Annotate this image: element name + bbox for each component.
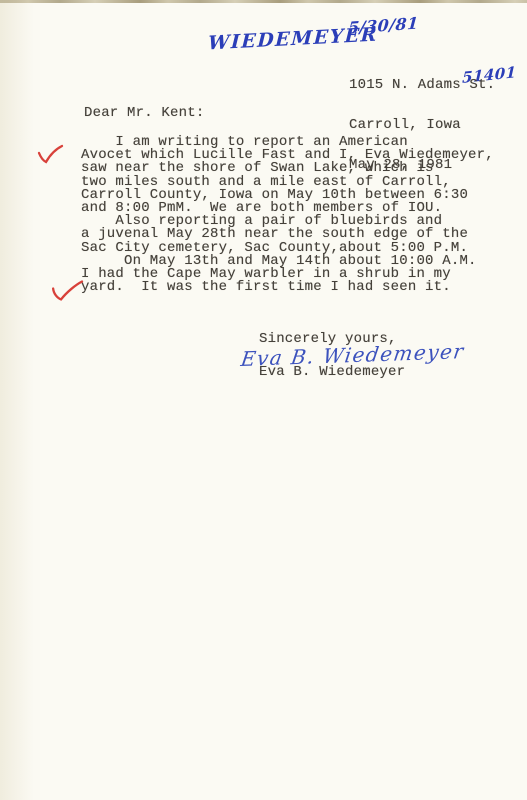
scan-top-edge xyxy=(0,0,527,3)
address-city-state: Carroll, Iowa xyxy=(349,119,495,133)
handwritten-date: 5/30/81 xyxy=(347,13,419,37)
scan-left-shading xyxy=(0,0,34,800)
red-checkmark-icon xyxy=(36,144,64,168)
letter-body: I am writing to report an American Avoce… xyxy=(81,136,494,294)
address-street: 1015 N. Adams St. xyxy=(349,79,495,93)
red-checkmark-icon xyxy=(49,275,86,305)
typed-signature-name: Eva B. Wiedemeyer xyxy=(259,366,405,379)
salutation: Dear Mr. Kent: xyxy=(84,107,204,120)
